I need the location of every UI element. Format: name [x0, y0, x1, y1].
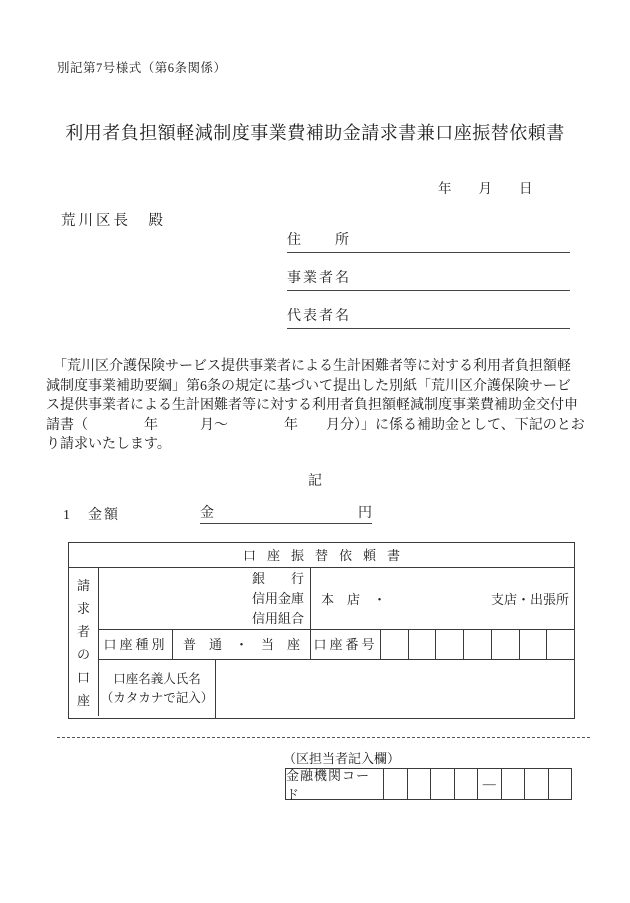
document-page: 別記第7号様式（第6条関係） 利用者負担額軽減制度事業費補助金請求書兼口座振替依…: [0, 0, 630, 903]
bank-code-cell: [431, 769, 455, 799]
account-transfer-table: 口座振替依頼書 請求者の口座 銀 行 信用金庫 信用組合 本 店 ・ 支店・出張…: [68, 542, 575, 719]
account-holder-value-cell: [216, 660, 574, 718]
account-number-cell: [547, 630, 574, 659]
business-name-field: 事業者名: [287, 270, 570, 291]
document-title: 利用者負担額軽減制度事業費補助金請求書兼口座振替依頼書: [0, 119, 630, 145]
form-number: 別記第7号様式（第6条関係）: [57, 58, 227, 76]
account-number-cell: [409, 630, 437, 659]
bank-code-cell: [549, 769, 572, 799]
account-type-options: 普 通 ・ 当 座: [173, 630, 311, 660]
account-holder-label: 口座名義人氏名: [99, 670, 215, 689]
bank-name-cell: 銀 行 信用金庫 信用組合: [99, 568, 311, 630]
bank-type-shinkin: 信用金庫: [99, 589, 304, 609]
signature-block: 住 所 事業者名 代表者名: [287, 232, 570, 346]
body-line: 「荒川区介護保険サービス提供事業者による生計困難者等に対する利用者負担額軽: [46, 357, 591, 377]
account-number-cell: [381, 630, 409, 659]
body-line: り請求いたします。: [46, 435, 591, 455]
branch-office-label: 支店・出張所: [491, 589, 569, 608]
branch-cell: 本 店 ・ 支店・出張所: [311, 568, 574, 630]
addressee: 荒川区長 殿: [61, 209, 166, 230]
account-holder-label-cell: 口座名義人氏名 （カタカナで記入）: [99, 660, 216, 718]
account-number-cell: [520, 630, 548, 659]
bank-code-cell: [502, 769, 526, 799]
cut-line: [57, 737, 590, 738]
bank-code-cell: [525, 769, 549, 799]
transfer-table-title: 口座振替依頼書: [69, 543, 574, 568]
amount-prefix: 金: [200, 502, 214, 522]
bank-code-cell: [384, 769, 408, 799]
body-line: 請書（ 年 月～ 年 月分）」に係る補助金として、下記のとお: [46, 416, 591, 436]
bank-type-union: 信用組合: [99, 609, 304, 629]
body-paragraph: 「荒川区介護保険サービス提供事業者による生計困難者等に対する利用者負担額軽 減制…: [46, 357, 591, 455]
record-mark: 記: [0, 470, 630, 490]
requester-account-header: 請求者の口座: [69, 568, 99, 716]
account-holder-note: （カタカナで記入）: [99, 689, 215, 708]
body-line: 減制度事業補助要綱」第6条の規定に基づいて提出した別紙「荒川区介護保険サービ: [46, 377, 591, 397]
bank-code-cell: [455, 769, 479, 799]
amount-suffix: 円: [358, 502, 372, 522]
amount-item-label: 1 金額: [63, 504, 120, 524]
account-number-cell: [492, 630, 520, 659]
date-line: 年 月 日: [438, 177, 533, 197]
account-number-cell: [436, 630, 464, 659]
body-line: ス提供事業者による生計困難者等に対する利用者負担額軽減制度事業費補助金交付申: [46, 396, 591, 416]
account-number-label: 口座番号: [311, 630, 381, 660]
branch-head-office-label: 本 店 ・: [321, 589, 386, 608]
bank-code-label: 金融機関コード: [286, 769, 384, 799]
bank-code-cell: [408, 769, 432, 799]
representative-name-field: 代表者名: [287, 308, 570, 329]
account-number-cells: [381, 630, 574, 660]
bank-type-bank: 銀 行: [99, 569, 304, 589]
account-number-cell: [464, 630, 492, 659]
bank-code-table: 金融機関コード ―: [285, 768, 572, 800]
bank-code-separator-cell: ―: [478, 769, 502, 799]
address-field: 住 所: [287, 232, 570, 253]
account-type-label: 口座種別: [99, 630, 173, 660]
amount-field: 金 円: [200, 500, 372, 524]
